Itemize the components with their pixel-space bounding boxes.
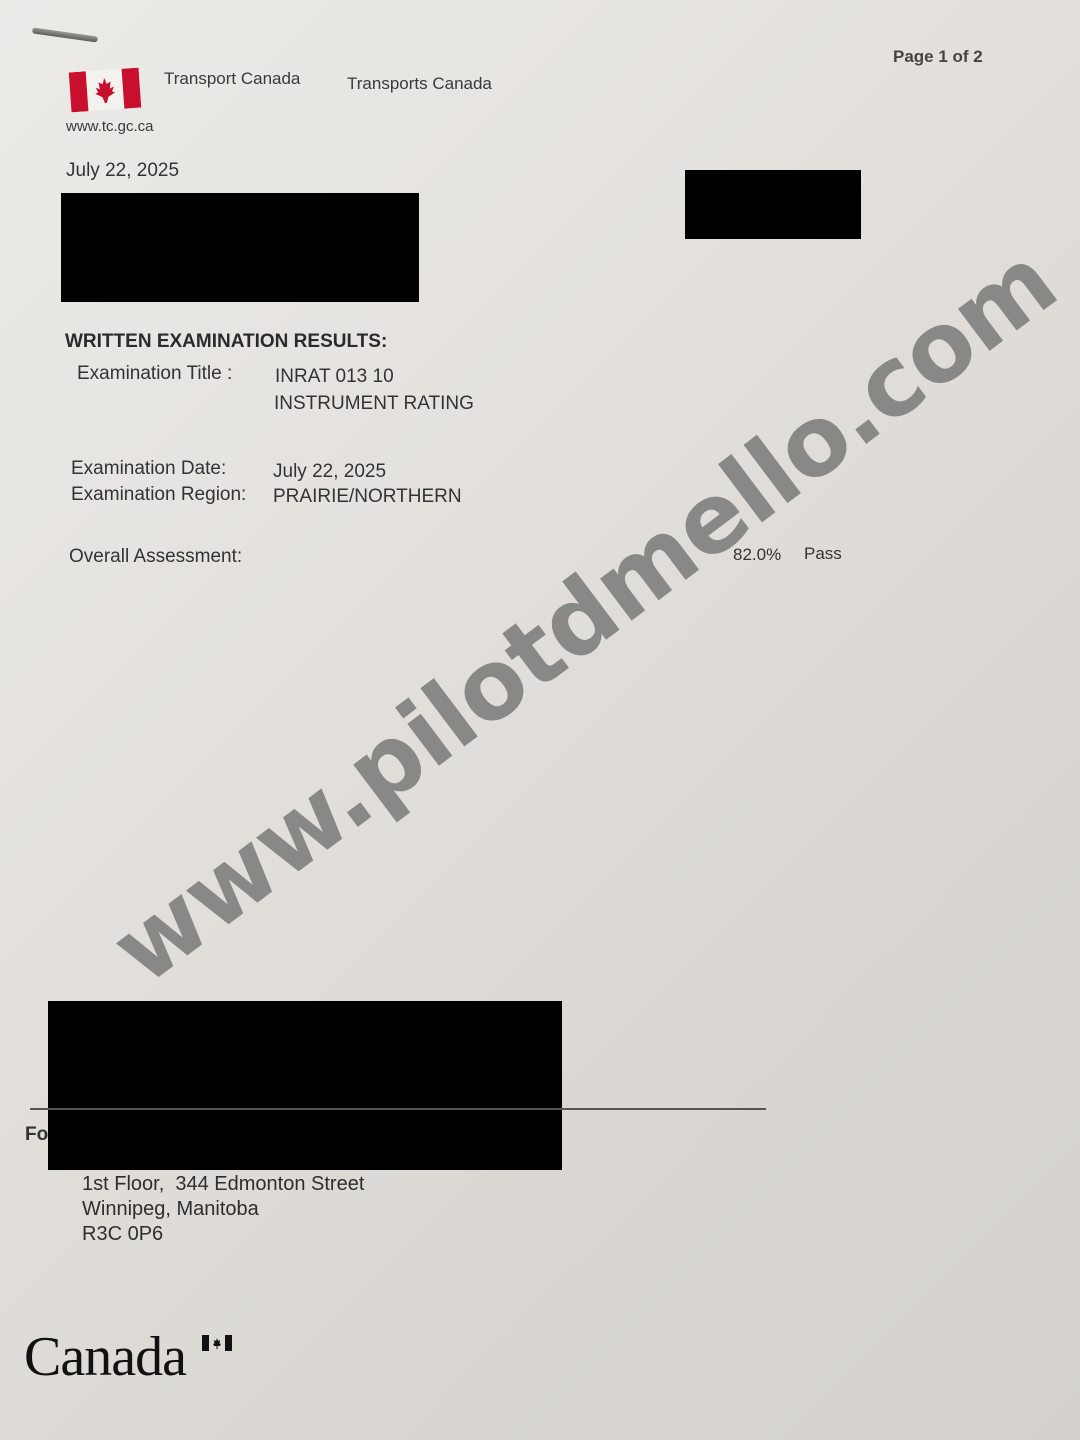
canada-wordmark: Canada — [24, 1325, 186, 1389]
page-indicator: Page 1 of 2 — [893, 47, 983, 67]
exam-title-code: INRAT 013 10 — [275, 366, 394, 388]
exam-title-name: INSTRUMENT RATING — [274, 393, 474, 415]
letter-date: July 22, 2025 — [66, 160, 179, 182]
canada-flag-icon — [69, 68, 142, 113]
address-line-3: R3C 0P6 — [82, 1222, 364, 1247]
exam-date-value: July 22, 2025 — [273, 461, 386, 483]
redacted-recipient-block — [61, 193, 419, 302]
section-title: WRITTEN EXAMINATION RESULTS: — [65, 331, 387, 353]
exam-region-label: Examination Region: — [71, 484, 246, 506]
exam-date-label: Examination Date: — [71, 458, 226, 480]
address-line-2: Winnipeg, Manitoba — [82, 1197, 364, 1222]
address-block: 1st Floor, 344 Edmonton Street Winnipeg,… — [82, 1172, 364, 1247]
department-name-en: Transport Canada — [164, 69, 300, 89]
overall-result: Pass — [804, 544, 842, 564]
address-line-1: 1st Floor, 344 Edmonton Street — [82, 1172, 364, 1197]
redacted-signature-block — [48, 1001, 562, 1170]
exam-region-value: PRAIRIE/NORTHERN — [273, 486, 462, 508]
staple — [32, 27, 98, 42]
wordmark-flag-icon — [202, 1335, 232, 1351]
exam-title-label: Examination Title : — [77, 363, 232, 385]
overall-assessment-label: Overall Assessment: — [69, 546, 242, 568]
website-url: www.tc.gc.ca — [66, 118, 154, 135]
divider — [30, 1108, 766, 1110]
footer-partial-label: Fo — [25, 1124, 48, 1146]
department-name-fr: Transports Canada — [347, 74, 492, 94]
redacted-reference-block — [685, 170, 861, 239]
